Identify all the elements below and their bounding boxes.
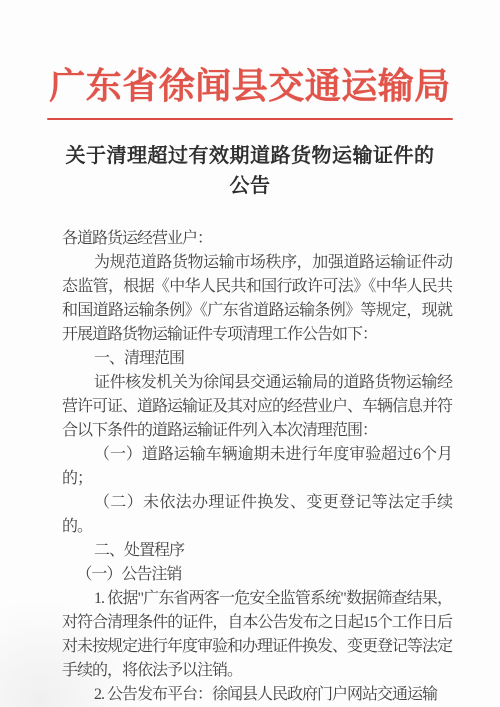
document-page: 广东省徐闻县交通运输局 关于清理超过有效期道路货物运输证件的 公告 各道路货运经… [0,0,500,707]
document-title-line2: 公告 [0,171,500,201]
section-1-heading: 一、清理范围 [62,347,452,371]
procedure-item-1: 1. 依据"广东省两客一危安全监管系统"数据筛查结果，对符合清理条件的证件，自本… [62,587,452,683]
scope-item-2: （二）未依法办理证件换发、变更登记等法定手续的。 [62,491,452,539]
document-title: 关于清理超过有效期道路货物运输证件的 公告 [0,141,500,201]
procedure-item-2: 2. 公告发布平台：徐闻县人民政府门户网站交通运输 [62,683,452,707]
issuing-org-title: 广东省徐闻县交通运输局 [0,64,500,108]
subsection-2-1-heading: （一）公告注销 [62,563,452,587]
section-2-heading: 二、处置程序 [62,539,452,563]
letterhead: 广东省徐闻县交通运输局 [0,0,500,120]
scope-item-1: （一）道路运输车辆逾期未进行年度审验超过6个月的； [62,443,452,491]
document-title-line1: 关于清理超过有效期道路货物运输证件的 [0,141,500,171]
intro-paragraph: 为规范道路货物运输市场秩序，加强道路运输证件动态监管，根据《中华人民共和国行政许… [62,251,452,347]
document-body: 各道路货运经营业户： 为规范道路货物运输市场秩序，加强道路运输证件动态监管，根据… [62,227,452,707]
salutation: 各道路货运经营业户： [62,227,452,251]
letterhead-divider [47,118,453,120]
scope-paragraph: 证件核发机关为徐闻县交通运输局的道路货物运输经营许可证、道路运输证及其对应的经营… [62,371,452,443]
